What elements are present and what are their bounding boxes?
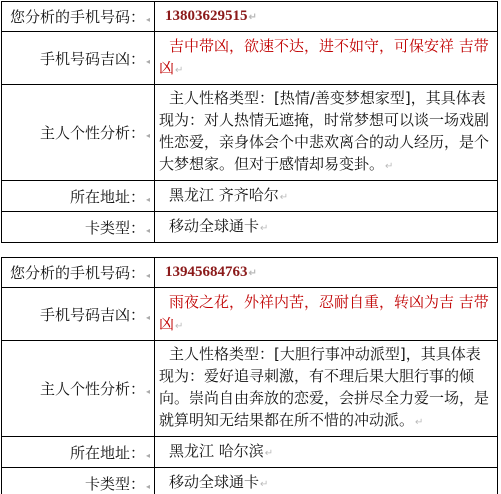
label-card-type: 卡类型：◂ (2, 468, 155, 494)
phone-number: 13945684763 (165, 264, 248, 280)
value-card-type: 移动全球通卡↵ (155, 468, 498, 494)
label-text: 主人个性分析： (40, 380, 145, 398)
fortune-text: 吉中带凶，欲速不达，进不如守，可保安祥 吉带凶 (159, 37, 489, 77)
cell-marker-icon: ◂ (146, 271, 150, 280)
row-card-type: 卡类型：◂ 移动全球通卡↵ (2, 468, 498, 494)
paragraph-mark-icon: ↵ (265, 448, 273, 459)
paragraph-mark-icon: ↵ (175, 65, 183, 76)
phone-number: 13803629515 (165, 8, 248, 24)
row-address: 所在地址：◂ 黑龙江 哈尔滨↵ (2, 437, 498, 468)
label-text: 手机号码吉凶： (40, 50, 145, 68)
fortune-text: 雨夜之花，外祥内苦，忍耐自重，转凶为吉 吉带凶 (159, 293, 489, 333)
row-address: 所在地址：◂ 黑龙江 齐齐哈尔↵ (2, 181, 498, 212)
label-fortune: 手机号码吉凶：◂ (2, 288, 155, 341)
value-address: 黑龙江 齐齐哈尔↵ (155, 181, 498, 212)
cell-marker-icon: ◂ (146, 313, 150, 322)
row-phone: 您分析的手机号码：◂ 13803629515↵ (2, 2, 498, 32)
value-phone: 13803629515↵ (155, 2, 498, 32)
label-phone: 您分析的手机号码：◂ (2, 2, 155, 32)
cell-marker-icon: ◂ (146, 57, 150, 66)
label-address: 所在地址：◂ (2, 437, 155, 468)
value-personality: 主人性格类型：[大胆行事冲动派型]，其具体表现为：爱好追寻刺激，有不理后果大胆行… (155, 341, 498, 437)
label-address: 所在地址：◂ (2, 181, 155, 212)
row-card-type: 卡类型：◂ 移动全球通卡↵ (2, 212, 498, 243)
label-text: 主人个性分析： (40, 124, 145, 142)
address-text: 黑龙江 哈尔滨 (169, 442, 264, 460)
label-text: 卡类型： (85, 219, 145, 237)
label-text: 卡类型： (85, 475, 145, 493)
label-personality: 主人个性分析：◂ (2, 341, 155, 437)
cell-marker-icon: ◂ (146, 131, 150, 140)
label-text: 所在地址： (70, 444, 145, 462)
address-text: 黑龙江 齐齐哈尔 (169, 186, 279, 204)
cell-marker-icon: ◂ (146, 451, 150, 460)
value-fortune: 雨夜之花，外祥内苦，忍耐自重，转凶为吉 吉带凶↵ (155, 288, 498, 341)
paragraph-mark-icon: ↵ (175, 321, 183, 332)
row-phone: 您分析的手机号码：◂ 13945684763↵ (2, 258, 498, 288)
label-text: 手机号码吉凶： (40, 306, 145, 324)
paragraph-mark-icon: ↵ (260, 223, 268, 234)
label-text: 所在地址： (70, 188, 145, 206)
paragraph-mark-icon: ↵ (280, 192, 288, 203)
value-fortune: 吉中带凶，欲速不达，进不如守，可保安祥 吉带凶↵ (155, 32, 498, 85)
cell-marker-icon: ◂ (146, 15, 150, 24)
paragraph-mark-icon: ↵ (260, 479, 268, 490)
value-personality: 主人性格类型：[热情/善变梦想家型]，其具体表现为：对人热情无遮掩，时常梦想可以… (155, 85, 498, 181)
phone-analysis-table-1: 您分析的手机号码：◂ 13803629515↵ 手机号码吉凶：◂ 吉中带凶，欲速… (1, 1, 498, 243)
paragraph-mark-icon: ↵ (385, 161, 393, 172)
label-personality: 主人个性分析：◂ (2, 85, 155, 181)
cell-marker-icon: ◂ (146, 226, 150, 235)
label-card-type: 卡类型：◂ (2, 212, 155, 243)
paragraph-mark-icon: ↵ (415, 417, 423, 428)
value-card-type: 移动全球通卡↵ (155, 212, 498, 243)
cell-marker-icon: ◂ (146, 387, 150, 396)
personality-text: 主人性格类型：[大胆行事冲动派型]，其具体表现为：爱好追寻刺激，有不理后果大胆行… (159, 345, 489, 429)
personality-text: 主人性格类型：[热情/善变梦想家型]，其具体表现为：对人热情无遮掩，时常梦想可以… (159, 89, 489, 173)
label-text: 您分析的手机号码： (10, 264, 145, 282)
value-address: 黑龙江 哈尔滨↵ (155, 437, 498, 468)
paragraph-mark-icon: ↵ (249, 12, 257, 23)
label-phone: 您分析的手机号码：◂ (2, 258, 155, 288)
paragraph-mark-icon: ↵ (249, 268, 257, 279)
phone-analysis-table-2: 您分析的手机号码：◂ 13945684763↵ 手机号码吉凶：◂ 雨夜之花，外祥… (1, 257, 498, 494)
row-personality: 主人个性分析：◂ 主人性格类型：[大胆行事冲动派型]，其具体表现为：爱好追寻刺激… (2, 341, 498, 437)
card-type-text: 移动全球通卡 (169, 217, 259, 235)
cell-marker-icon: ◂ (146, 195, 150, 204)
value-phone: 13945684763↵ (155, 258, 498, 288)
row-fortune: 手机号码吉凶：◂ 雨夜之花，外祥内苦，忍耐自重，转凶为吉 吉带凶↵ (2, 288, 498, 341)
row-fortune: 手机号码吉凶：◂ 吉中带凶，欲速不达，进不如守，可保安祥 吉带凶↵ (2, 32, 498, 85)
card-type-text: 移动全球通卡 (169, 473, 259, 491)
label-fortune: 手机号码吉凶：◂ (2, 32, 155, 85)
cell-marker-icon: ◂ (146, 482, 150, 491)
row-personality: 主人个性分析：◂ 主人性格类型：[热情/善变梦想家型]，其具体表现为：对人热情无… (2, 85, 498, 181)
label-text: 您分析的手机号码： (10, 8, 145, 26)
